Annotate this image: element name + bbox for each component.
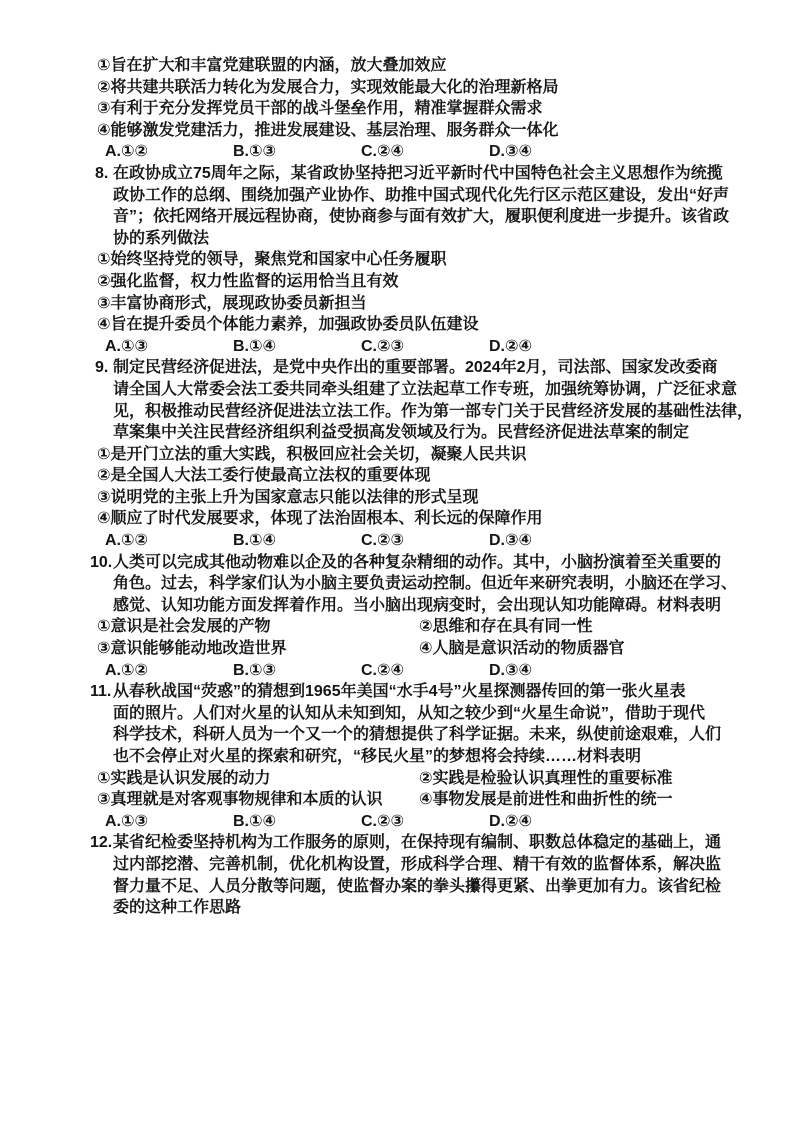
choice-b: B.①③ (233, 141, 361, 163)
stem-line: 11.从春秋战国“荧惑”的猜想到1965年美国“水手4号”火星探测器传回的第一张… (95, 681, 740, 703)
stem-line: 委的这种工作思路 (95, 897, 740, 919)
stem-line: 8.在政协成立75周年之际，某省政协坚持把习近平新时代中国特色社会主义思想作为统… (95, 163, 740, 185)
stem-line: 面的照片。人们对火星的认知从未知到知，从知之较少到“火星生命说”，借助于现代 (95, 703, 740, 725)
option-4: ④事物发展是前进性和曲折性的统一 (419, 789, 740, 811)
question-number: 12. (90, 832, 113, 854)
choice-c: C.②③ (361, 336, 489, 358)
choice-d: D.②④ (489, 336, 532, 358)
choice-a: A.①② (105, 530, 233, 552)
option-row: ①意识是社会发展的产物 ②思维和存在具有同一性 (95, 616, 740, 638)
stem-line: 9.制定民营经济促进法，是党中央作出的重要部署。2024年2月，司法部、国家发改… (95, 357, 740, 379)
option-line-4: ④顺应了时代发展要求，体现了法治固根本、利长远的保障作用 (95, 508, 740, 530)
stem-line: 请全国人大常委会法工委共同牵头组建了立法起草工作专班，加强统筹协调，广泛征求意 (95, 379, 740, 401)
stem-text: 某省纪检委坚持机构为工作服务的原则，在保持现有编制、职数总体稳定的基础上，通 (113, 834, 721, 851)
option-line-2: ②是全国人大法工委行使最高立法权的重要体现 (95, 465, 740, 487)
option-2: ②实践是检验认识真理性的重要标准 (419, 768, 740, 790)
question-12: 12.某省纪检委坚持机构为工作服务的原则，在保持现有编制、职数总体稳定的基础上，… (95, 832, 740, 918)
choice-c: C.②③ (361, 811, 489, 833)
option-1: ①意识是社会发展的产物 (97, 616, 419, 638)
stem-text: 从春秋战国“荧惑”的猜想到1965年美国“水手4号”火星探测器传回的第一张火星表 (113, 683, 686, 700)
stem-line: 角色。过去，科学家们认为小脑主要负责运动控制。但近年来研究表明，小脑还在学习、 (95, 573, 740, 595)
stem-line: 督力量不足、人员分散等问题，使监督办案的拳头攥得更紧、出拳更加有力。该省纪检 (95, 876, 740, 898)
stem-line: 科学技术，科研人员为一个又一个的猜想提供了科学证据。未来，纵使前途艰难，人们 (95, 724, 740, 746)
stem-line: 见，积极推动民营经济促进法立法工作。作为第一部专门关于民营经济发展的基础性法律， (95, 401, 740, 423)
option-row: ③真理就是对客观事物规律和本质的认识 ④事物发展是前进性和曲折性的统一 (95, 789, 740, 811)
choice-a: A.①③ (105, 336, 233, 358)
question-number: 9. (95, 357, 113, 379)
question-9: 9.制定民营经济促进法，是党中央作出的重要部署。2024年2月，司法部、国家发改… (95, 357, 740, 551)
choice-d: D.③④ (489, 141, 532, 163)
stem-line: 感觉、认知功能方面发挥着作用。当小脑出现病变时，会出现认知功能障碍。材料表明 (95, 595, 740, 617)
stem-text: 人类可以完成其他动物难以企及的各种复杂精细的动作。其中，小脑扮演着至关重要的 (113, 554, 721, 571)
option-line-3: ③说明党的主张上升为国家意志只能以法律的形式呈现 (95, 487, 740, 509)
stem-line: 政协工作的总纲、围绕加强产业协作、助推中国式现代化先行区示范区建设，发出“好声 (95, 185, 740, 207)
question-10: 10.人类可以完成其他动物难以企及的各种复杂精细的动作。其中，小脑扮演着至关重要… (95, 552, 740, 682)
choice-d: D.③④ (489, 660, 532, 682)
choice-a: A.①③ (105, 811, 233, 833)
option-line-4: ④旨在提升委员个体能力素养，加强政协委员队伍建设 (95, 314, 740, 336)
choice-b: B.①③ (233, 660, 361, 682)
option-3: ③意识能够能动地改造世界 (97, 638, 419, 660)
answer-choices-row: A.①② B.①③ C.②④ D.③④ (95, 141, 740, 163)
question-7: ①旨在扩大和丰富党建联盟的内涵，放大叠加效应 ②将共建共联活力转化为发展合力，实… (95, 55, 740, 163)
option-row: ①实践是认识发展的动力 ②实践是检验认识真理性的重要标准 (95, 768, 740, 790)
stem-line: 协的系列做法 (95, 228, 740, 250)
question-8: 8.在政协成立75周年之际，某省政协坚持把习近平新时代中国特色社会主义思想作为统… (95, 163, 740, 357)
choice-b: B.①④ (233, 530, 361, 552)
choice-b: B.①④ (233, 336, 361, 358)
stem-line: 音”；依托网络开展远程协商，使协商参与面有效扩大，履职便利度进一步提升。该省政 (95, 206, 740, 228)
answer-choices-row: A.①③ B.①④ C.②③ D.②④ (95, 811, 740, 833)
choice-a: A.①② (105, 660, 233, 682)
question-number: 8. (95, 163, 113, 185)
option-row: ③意识能够能动地改造世界 ④人脑是意识活动的物质器官 (95, 638, 740, 660)
option-2: ②思维和存在具有同一性 (419, 616, 740, 638)
option-line-1: ①是开门立法的重大实践，积极回应社会关切，凝聚人民共识 (95, 444, 740, 466)
question-number: 11. (90, 681, 113, 703)
stem-text: 制定民营经济促进法，是党中央作出的重要部署。2024年2月，司法部、国家发改委商 (113, 359, 718, 376)
stem-line: 草案集中关注民营经济组织利益受损高发领域及行为。民营经济促进法草案的制定 (95, 422, 740, 444)
question-number: 10. (90, 552, 113, 574)
option-line-3: ③丰富协商形式，展现政协委员新担当 (95, 293, 740, 315)
choice-c: C.②④ (361, 660, 489, 682)
option-1: ①实践是认识发展的动力 (97, 768, 419, 790)
option-line-4: ④能够激发党建活力，推进发展建设、基层治理、服务群众一体化 (95, 120, 740, 142)
choice-d: D.②④ (489, 811, 532, 833)
stem-line: 过内部挖潜、完善机制，优化机构设置，形成科学合理、精干有效的监督体系，解决监 (95, 854, 740, 876)
stem-text: 在政协成立75周年之际，某省政协坚持把习近平新时代中国特色社会主义思想作为统揽 (113, 165, 723, 182)
stem-line: 也不会停止对火星的探索和研究，“移民火星”的梦想将会持续……材料表明 (95, 746, 740, 768)
option-line-2: ②将共建共联活力转化为发展合力，实现效能最大化的治理新格局 (95, 77, 740, 99)
stem-line: 10.人类可以完成其他动物难以企及的各种复杂精细的动作。其中，小脑扮演着至关重要… (95, 552, 740, 574)
exam-page: ①旨在扩大和丰富党建联盟的内涵，放大叠加效应 ②将共建共联活力转化为发展合力，实… (0, 0, 800, 1132)
answer-choices-row: A.①③ B.①④ C.②③ D.②④ (95, 336, 740, 358)
option-line-1: ①始终坚持党的领导，聚焦党和国家中心任务履职 (95, 249, 740, 271)
option-3: ③真理就是对客观事物规律和本质的认识 (97, 789, 419, 811)
stem-line: 12.某省纪检委坚持机构为工作服务的原则，在保持现有编制、职数总体稳定的基础上，… (95, 832, 740, 854)
choice-c: C.②③ (361, 530, 489, 552)
question-11: 11.从春秋战国“荧惑”的猜想到1965年美国“水手4号”火星探测器传回的第一张… (95, 681, 740, 832)
choice-c: C.②④ (361, 141, 489, 163)
option-4: ④人脑是意识活动的物质器官 (419, 638, 740, 660)
choice-d: D.③④ (489, 530, 532, 552)
answer-choices-row: A.①② B.①④ C.②③ D.③④ (95, 530, 740, 552)
choice-a: A.①② (105, 141, 233, 163)
answer-choices-row: A.①② B.①③ C.②④ D.③④ (95, 660, 740, 682)
option-line-2: ②强化监督，权力性监督的运用恰当且有效 (95, 271, 740, 293)
option-line-1: ①旨在扩大和丰富党建联盟的内涵，放大叠加效应 (95, 55, 740, 77)
option-line-3: ③有利于充分发挥党员干部的战斗堡垒作用，精准掌握群众需求 (95, 98, 740, 120)
choice-b: B.①④ (233, 811, 361, 833)
